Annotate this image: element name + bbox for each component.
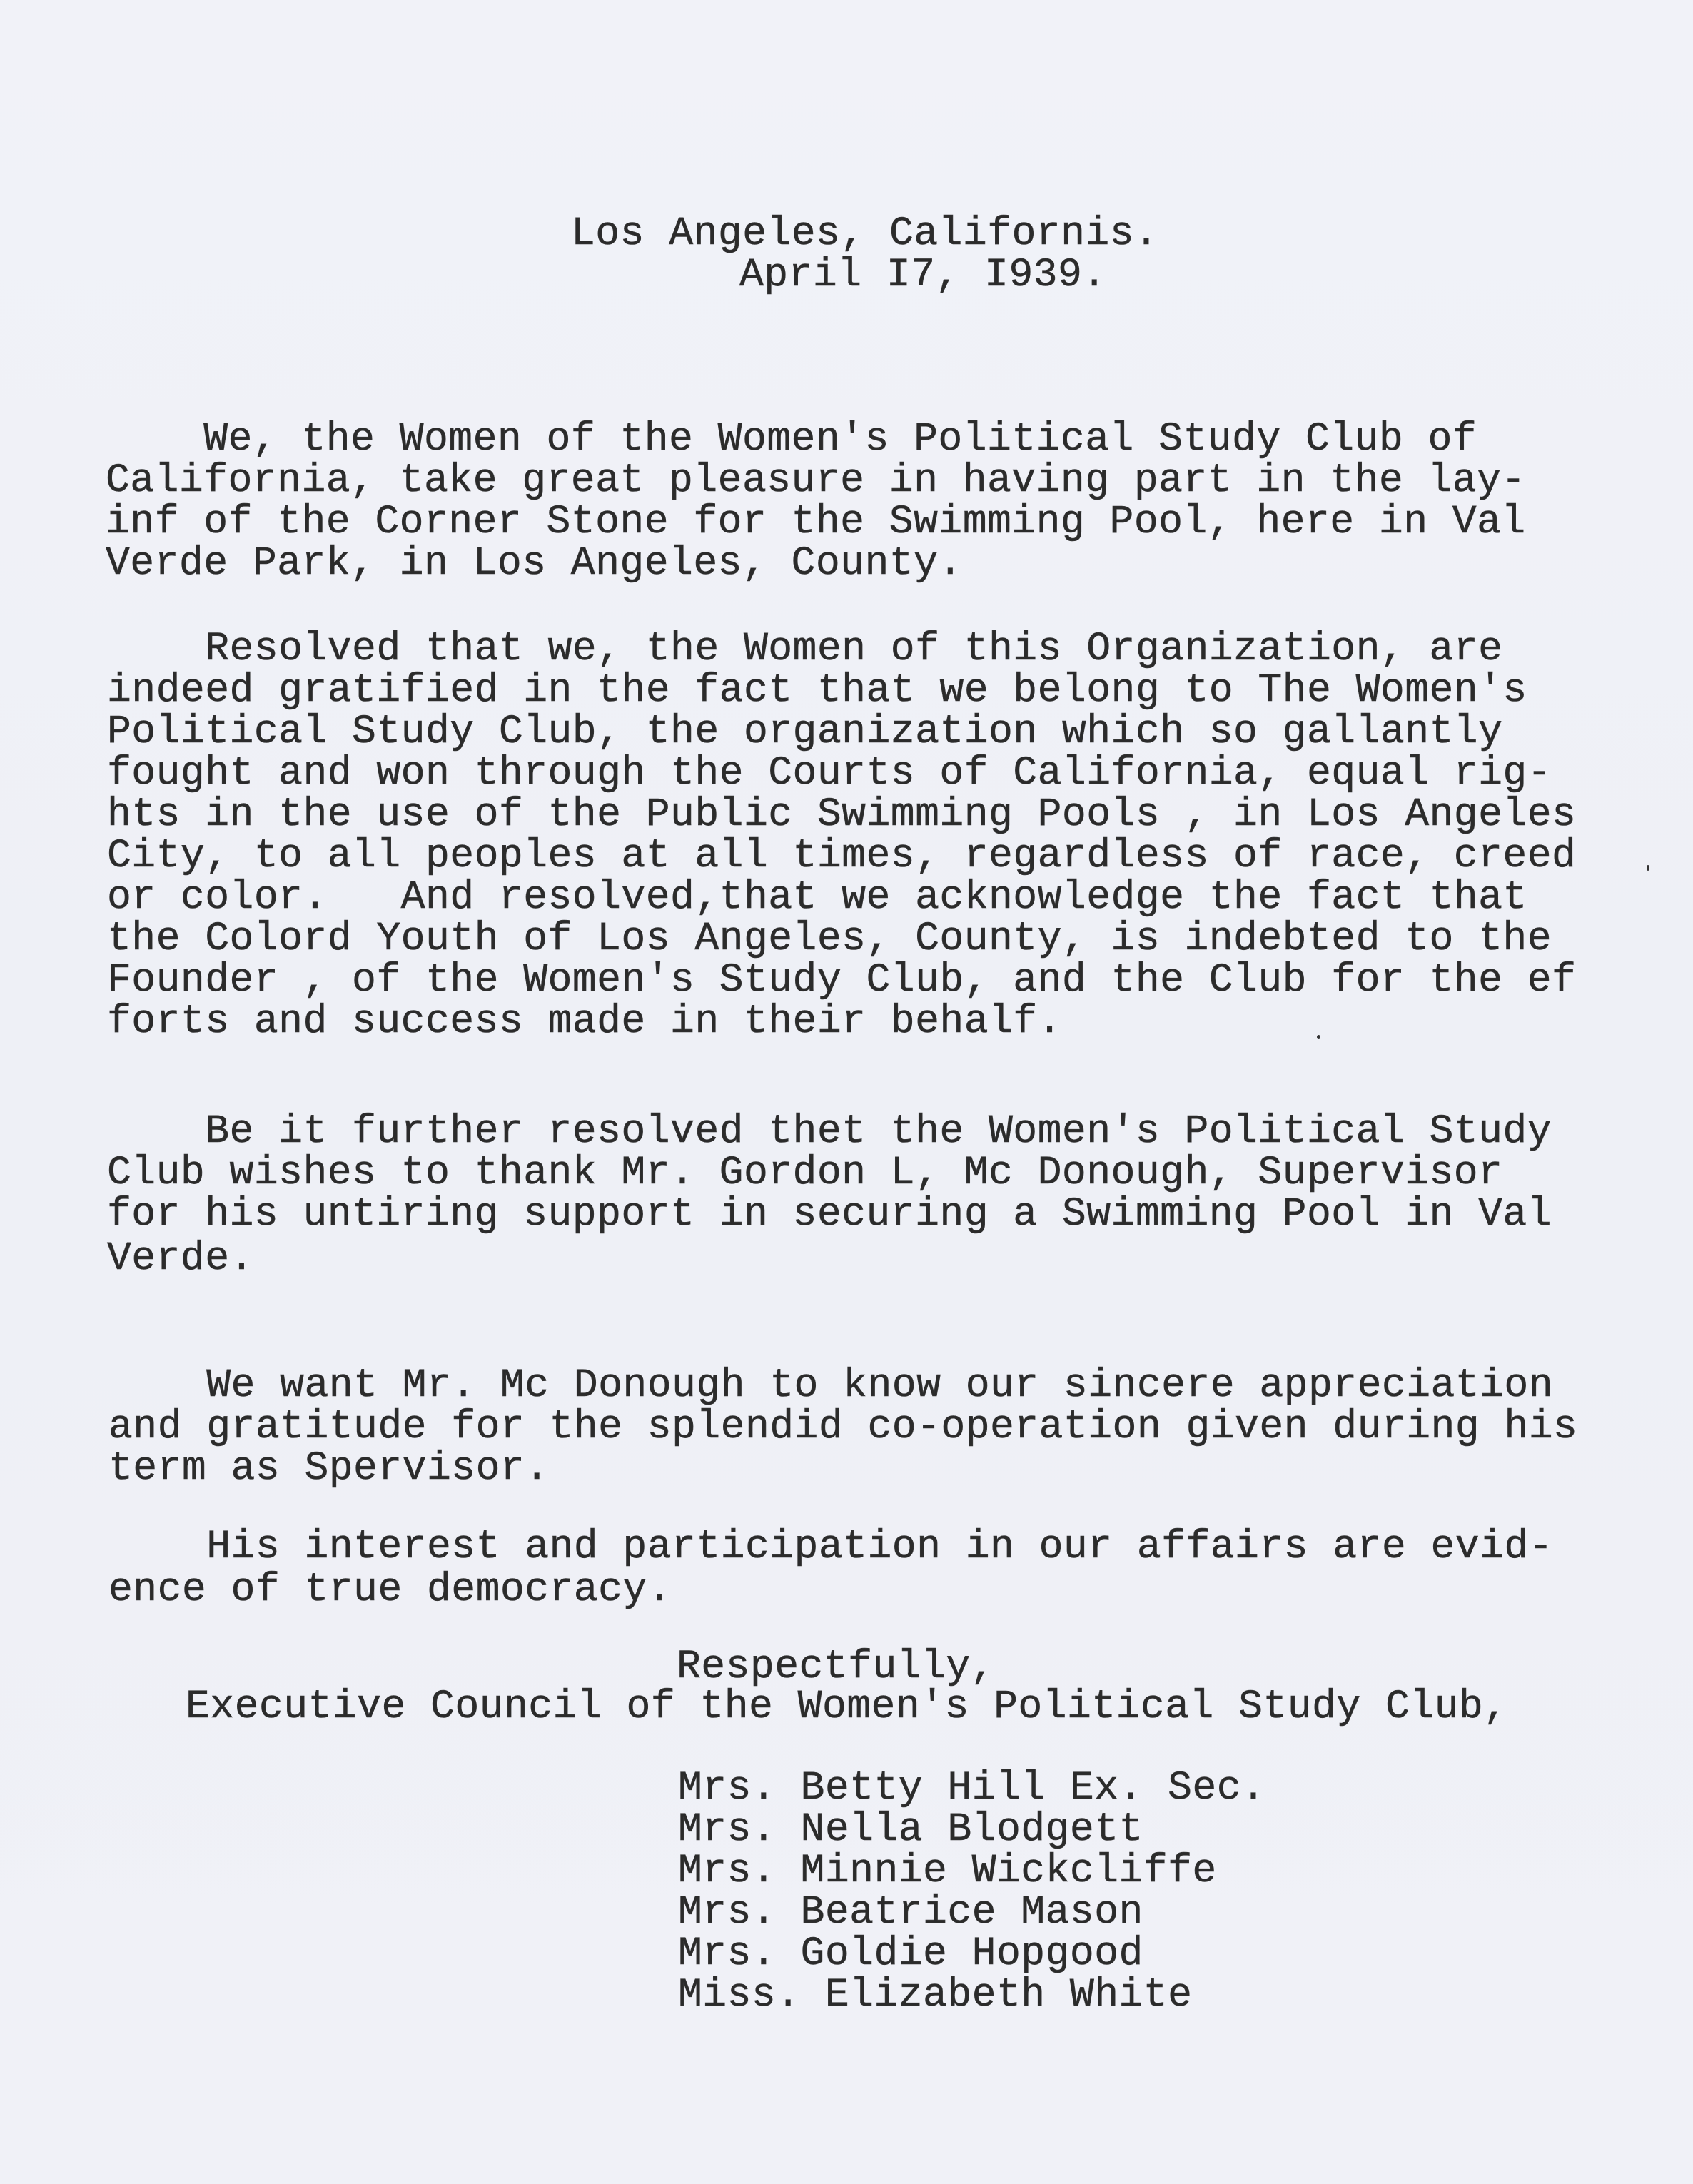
signatory: Mrs. Goldie Hopgood [678, 1933, 1265, 1974]
paragraph-line: or color. And resolved,that we acknowled… [107, 876, 1576, 918]
paragraph-5: His interest and participation in our af… [108, 1526, 1553, 1610]
valediction: Respectfully, [677, 1646, 995, 1687]
paragraph-line: for his untiring support in securing a S… [107, 1193, 1552, 1235]
paragraph-line: We, the Women of the Women's Political S… [106, 418, 1526, 460]
signatory: Mrs. Beatrice Mason [678, 1891, 1265, 1933]
signatory: Mrs. Nella Blodgett [678, 1809, 1265, 1850]
paragraph-line: inf of the Corner Stone for the Swimming… [106, 501, 1526, 542]
paragraph-line: the Colord Youth of Los Angeles, County,… [107, 918, 1576, 959]
paragraph-line: ence of true democracy. [108, 1569, 1553, 1610]
paragraph-3: Be it further resolved thet the Women's … [107, 1111, 1552, 1279]
signatory: Miss. Elizabeth White [678, 1974, 1265, 2016]
letter-page: Los Angeles, Californis. April I7, I939.… [0, 0, 1693, 2184]
paragraph-4: We want Mr. Mc Donough to know our since… [108, 1365, 1577, 1489]
heading-place: Los Angeles, Californis. [571, 213, 1158, 254]
signatory: Mrs. Minnie Wickcliffe [678, 1850, 1265, 1891]
paragraph-1: We, the Women of the Women's Political S… [106, 418, 1526, 584]
paragraph-line: indeed gratified in the fact that we bel… [107, 669, 1576, 711]
paragraph-line: We want Mr. Mc Donough to know our since… [108, 1365, 1577, 1406]
paragraph-line: term as Spervisor. [108, 1447, 1577, 1489]
paragraph-line: Verde. [107, 1238, 1552, 1279]
paragraph-line: His interest and participation in our af… [108, 1526, 1553, 1567]
paragraph-line: Verde Park, in Los Angeles, County. [106, 542, 1526, 584]
ink-speck [1647, 865, 1649, 871]
paragraph-line: and gratitude for the splendid co-operat… [108, 1406, 1577, 1447]
paragraph-line: Resolved that we, the Women of this Orga… [107, 628, 1576, 669]
paragraph-line: Political Study Club, the organization w… [107, 711, 1576, 752]
signatory: Mrs. Betty Hill Ex. Sec. [678, 1767, 1265, 1809]
heading-date: April I7, I939. [739, 254, 1107, 295]
paragraph-line: forts and success made in their behalf. [107, 1001, 1576, 1042]
ink-speck [1317, 1035, 1320, 1039]
paragraph-line: fought and won through the Courts of Cal… [107, 752, 1576, 794]
paragraph-line: California, take great pleasure in havin… [106, 460, 1526, 501]
paragraph-line: Be it further resolved thet the Women's … [107, 1111, 1552, 1152]
paragraph-line: Founder , of the Women's Study Club, and… [107, 959, 1576, 1001]
paragraph-line: hts in the use of the Public Swimming Po… [107, 794, 1576, 835]
paragraph-2: Resolved that we, the Women of this Orga… [107, 628, 1576, 1042]
signatory-list: Mrs. Betty Hill Ex. Sec. Mrs. Nella Blod… [678, 1767, 1265, 2016]
closing-organization: Executive Council of the Women's Politic… [186, 1686, 1508, 1727]
paragraph-line: City, to all peoples at all times, regar… [107, 835, 1576, 876]
paragraph-line: Club wishes to thank Mr. Gordon L, Mc Do… [107, 1152, 1552, 1193]
